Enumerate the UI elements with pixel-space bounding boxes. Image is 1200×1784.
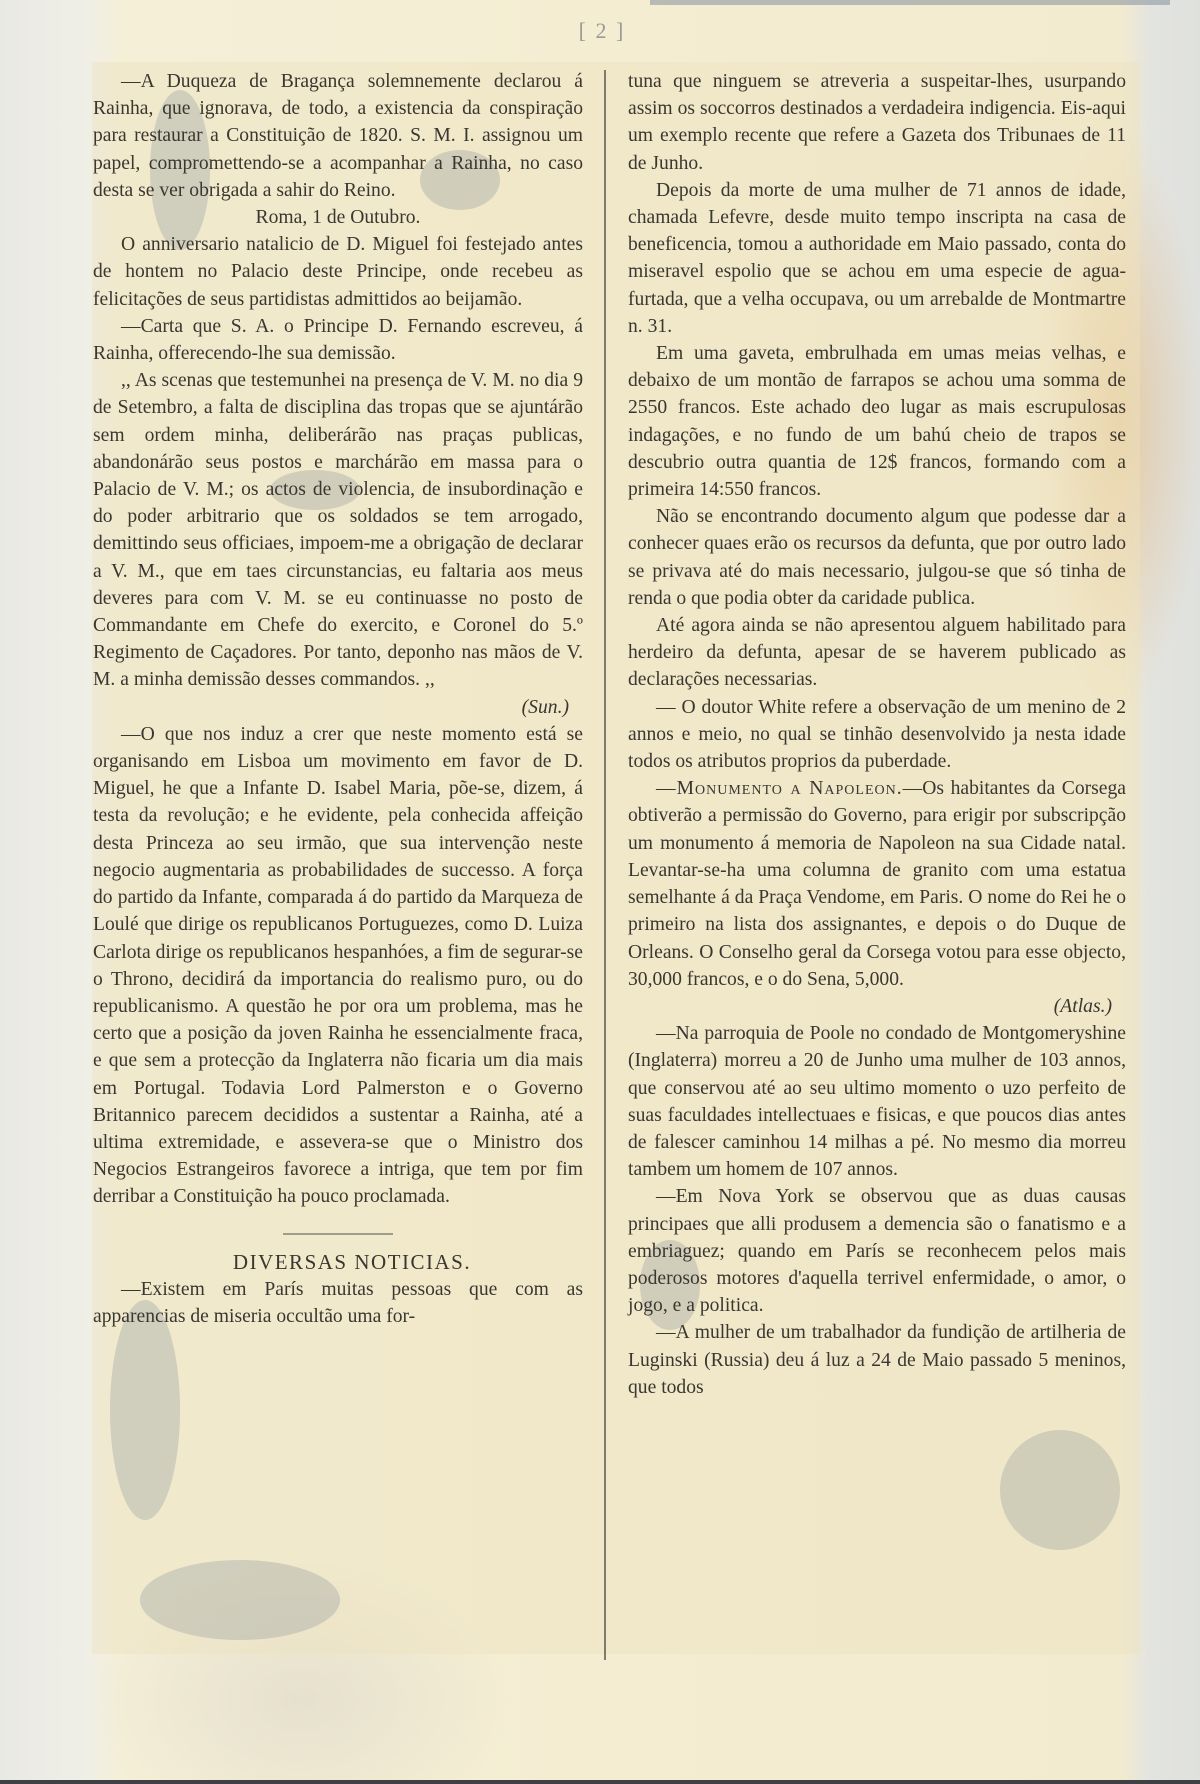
scan-bottom-edge	[0, 1780, 1200, 1784]
source-line: (Sun.)	[93, 694, 583, 721]
scanned-newspaper-page: [ 2 ] —A Duqueza de Bragança solemnement…	[0, 0, 1200, 1784]
article-doutor-white: — O doutor White refere a observação de …	[628, 694, 1126, 776]
article-nova-york: —Em Nova York se observou que as duas ca…	[628, 1183, 1126, 1319]
napoleon-title: —Monumento a Napoleon.	[656, 778, 903, 799]
article-lisboa: —O que nos induz a crer que neste moment…	[93, 721, 583, 1211]
source-atlas: (Atlas.)	[1054, 993, 1112, 1020]
article-paris-miseria: —Existem em París muitas pessoas que com…	[93, 1276, 583, 1330]
dateline-roma: Roma, 1 de Outubro.	[93, 204, 583, 231]
scan-edge	[650, 0, 1170, 5]
column-divider	[604, 70, 606, 1660]
page-number: [ 2 ]	[572, 18, 632, 44]
right-column: tuna que ninguem se atreveria a suspeita…	[628, 68, 1126, 1401]
section-heading-diversas-noticias: DIVERSAS NOTICIAS.	[93, 1249, 583, 1276]
article-gaveta: Em uma gaveta, embrulhada em umas meias …	[628, 340, 1126, 503]
article-documento: Não se encontrando documento algum que p…	[628, 503, 1126, 612]
article-poole: —Na parroquia de Poole no condado de Mon…	[628, 1020, 1126, 1183]
source-sun: (Sun.)	[522, 694, 569, 721]
napoleon-text: —Os habitantes da Corsega obtiverão a pe…	[628, 778, 1126, 989]
article-herdeiro: Até agora ainda se não apresentou alguem…	[628, 612, 1126, 694]
section-divider	[283, 1233, 393, 1235]
left-column: —A Duqueza de Bragança solemnemente decl…	[93, 68, 583, 1330]
article-duqueza: —A Duqueza de Bragança solemnemente decl…	[93, 68, 583, 204]
source-line: (Atlas.)	[628, 993, 1126, 1020]
article-monumento-napoleon: —Monumento a Napoleon.—Os habitantes da …	[628, 775, 1126, 993]
article-paris-continued: tuna que ninguem se atreveria a suspeita…	[628, 68, 1126, 177]
article-luginski: —A mulher de um trabalhador da fundição …	[628, 1319, 1126, 1401]
article-lefevre: Depois da morte de uma mulher de 71 anno…	[628, 177, 1126, 340]
article-carta-text: ,, As scenas que testemunhei na presença…	[93, 367, 583, 693]
article-anniversario: O anniversario natalicio de D. Miguel fo…	[93, 231, 583, 313]
article-carta-fernando: —Carta que S. A. o Principe D. Fernando …	[93, 313, 583, 367]
